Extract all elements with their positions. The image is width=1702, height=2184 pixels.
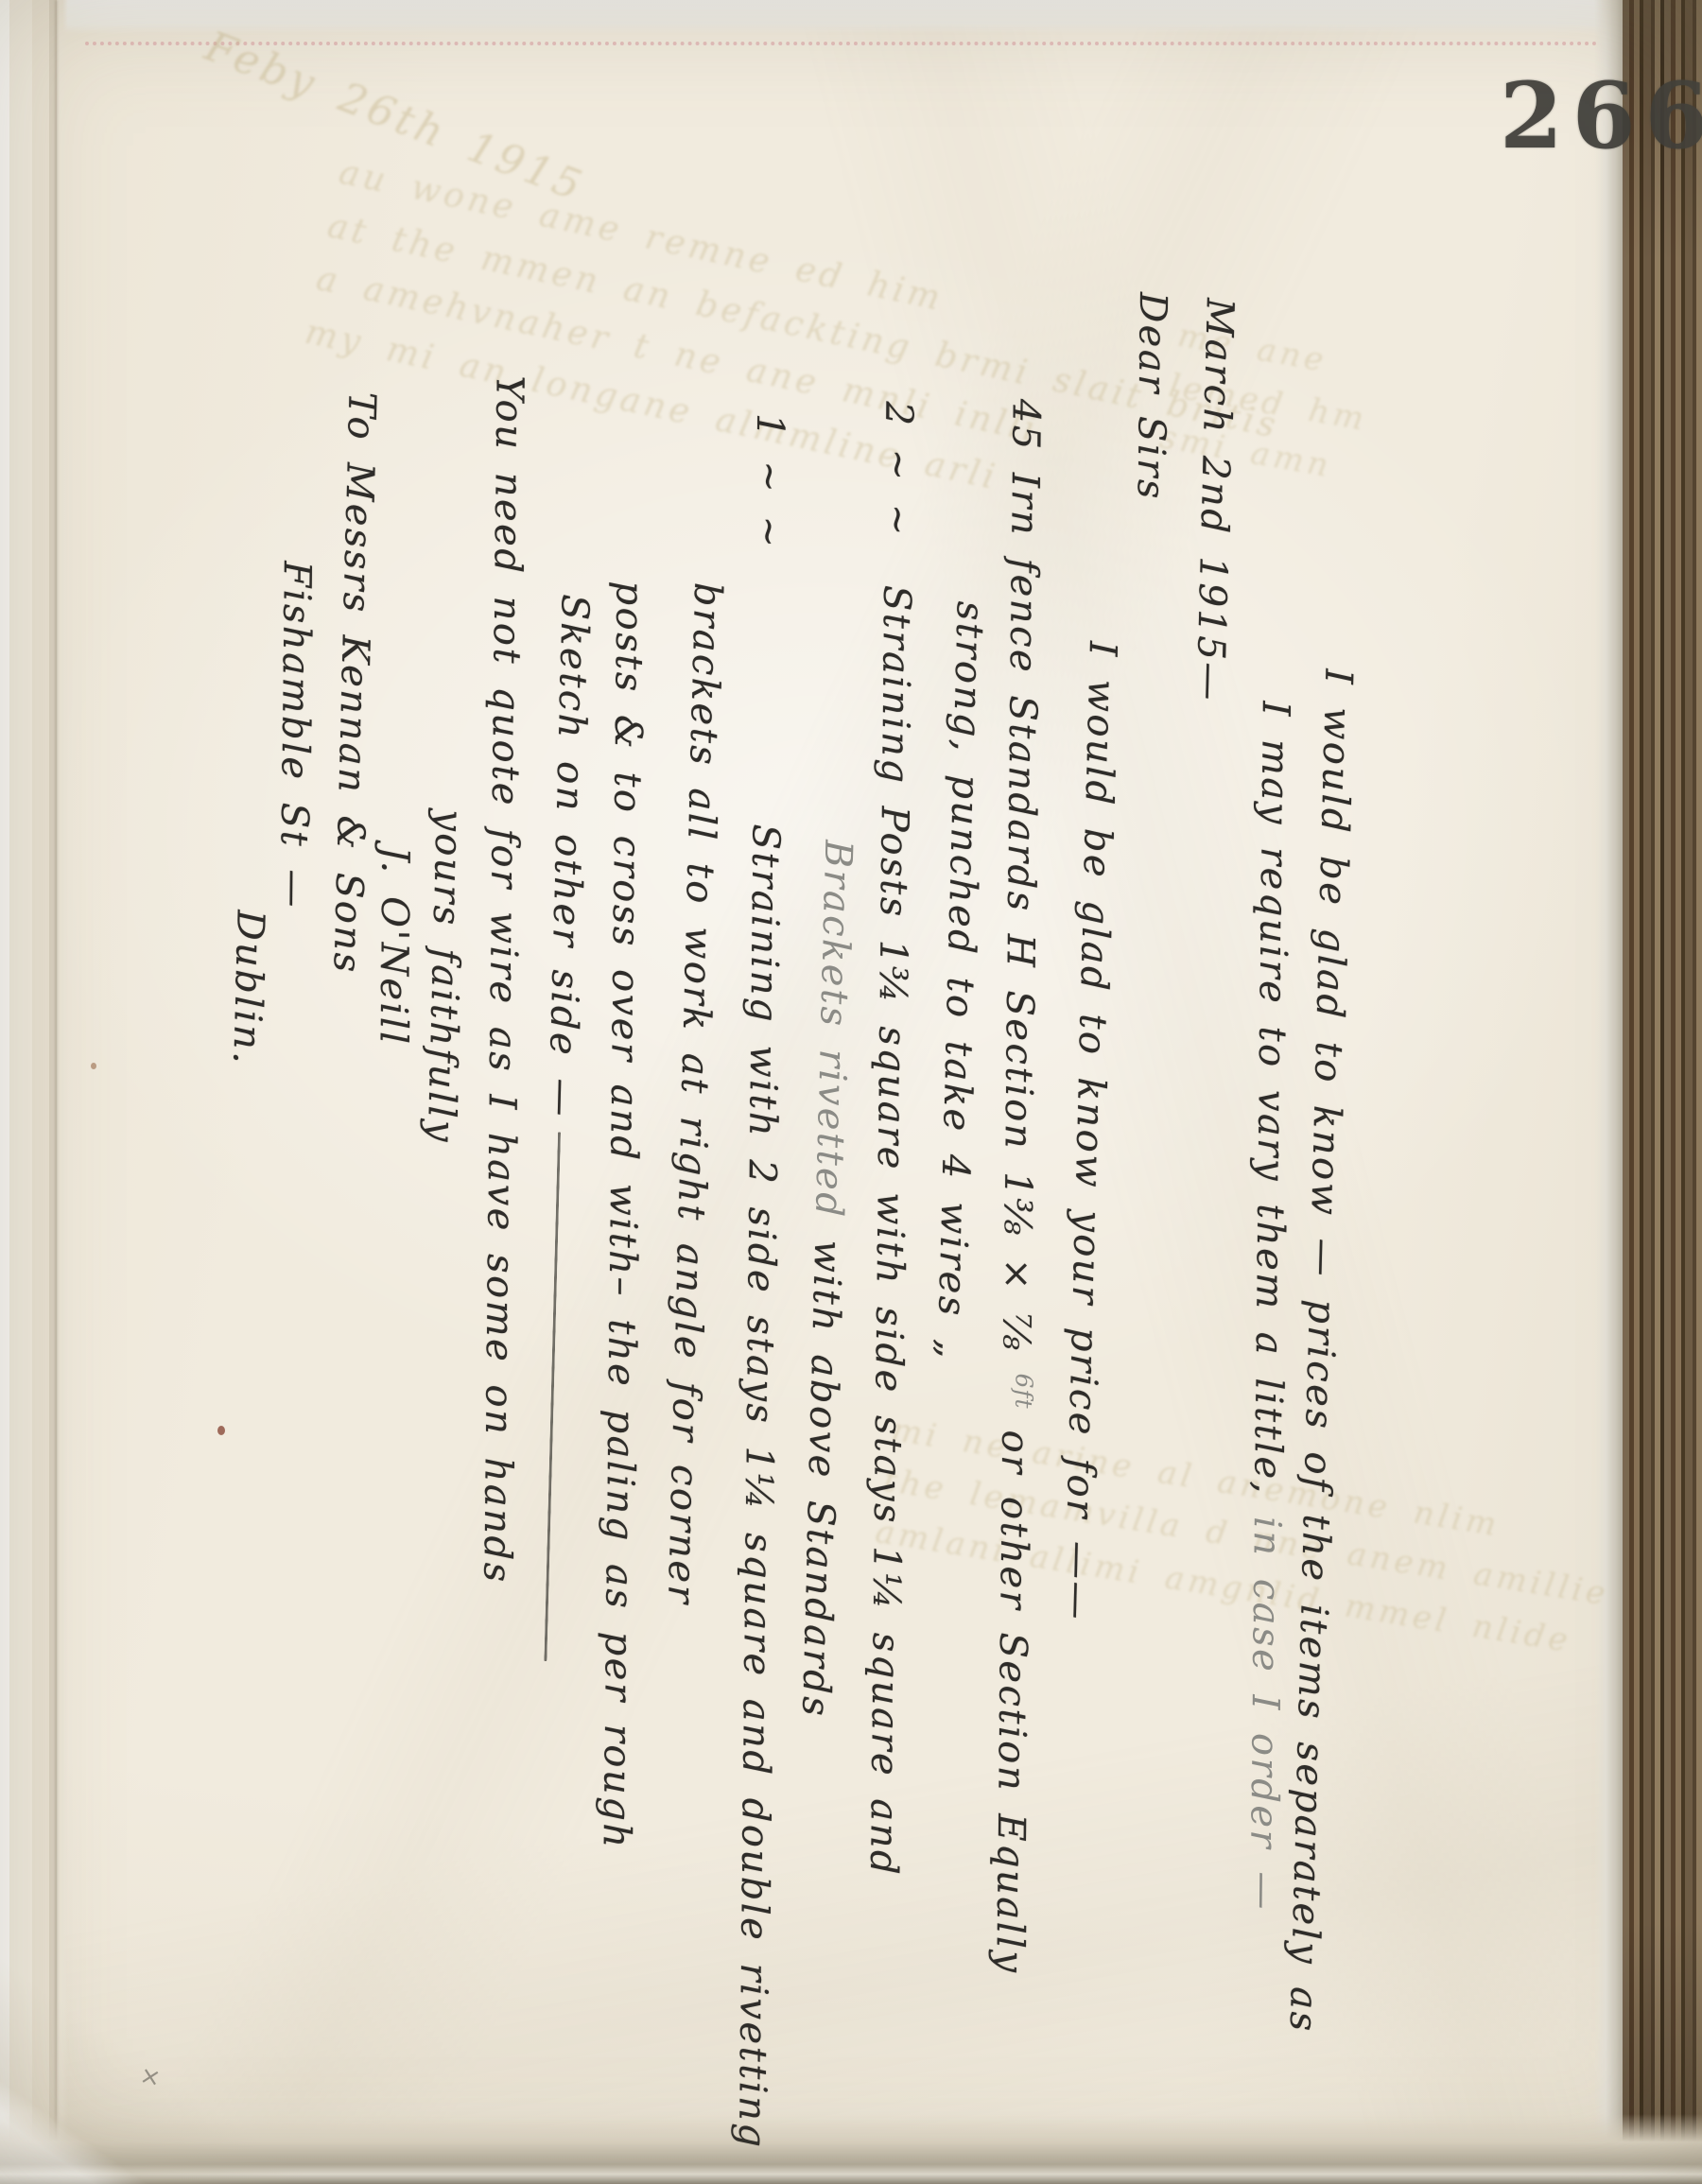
item3-line: 1 ~ ~Straining with 2 side stays 1¼ squa…	[731, 413, 793, 1860]
page-edge-right	[1594, 0, 1623, 2184]
item3-continuation-2: posts & to cross over and with– the pali…	[593, 581, 653, 1857]
item1-continuation: strong, punched to take 4 wires „	[913, 600, 994, 1863]
book-cover-shading	[1623, 0, 1702, 2184]
page-number-stamp: 266	[1500, 62, 1702, 169]
item3-continuation-1: brackets all to work at right angle for …	[651, 581, 731, 1859]
item2-quantity: 2 ~ ~	[876, 401, 921, 538]
ghost-bleedthrough-date: Feby 26th 1915	[199, 23, 591, 212]
scanned-copybook-page: Feby 26th 1915 au wone ame remne ed him …	[0, 0, 1702, 2184]
item2-continuation: Brackets rivetted with above Standards	[788, 840, 861, 1862]
ink-fleck	[217, 1426, 225, 1435]
item2-line: 2 ~ ~Straining Posts 1¾ square with side…	[860, 401, 923, 1862]
item2-continuation-text: with above Standards	[793, 1239, 849, 1719]
pencil-check-mark: ×	[137, 2061, 164, 2093]
previous-page-edge	[0, 0, 68, 2184]
item1-description: Irn fence Standards H Section 1⅜ × ⅞	[994, 473, 1047, 1353]
item3-quantity: 1 ~ ~	[747, 413, 792, 550]
scan-bottom-edge	[0, 2114, 1702, 2184]
spacer	[885, 538, 886, 585]
scan-top-edge	[0, 0, 1702, 34]
margin-note-line-2-text: I may require to vary them a little,	[1245, 701, 1297, 1496]
sketch-reference-text: Sketch on other side —	[540, 594, 598, 1119]
item3-continuation-3: Sketch on other side —	[518, 594, 599, 1857]
item2-continuation-pencil: Brackets rivetted	[807, 840, 860, 1220]
ink-rule	[545, 1132, 562, 1661]
item1-description-cont: or other Section Equally	[987, 1430, 1036, 1974]
pink-stitch-dotted-line	[85, 42, 1598, 45]
spacer	[754, 549, 756, 823]
item1-quantity: 45	[1003, 399, 1048, 452]
item1-interlined-note: 6ft	[1010, 1373, 1037, 1409]
item3-description: Straining with 2 side stays 1¼ square an…	[730, 823, 788, 2149]
handwritten-letter: I would be glad to know — prices of the …	[206, 262, 1363, 1870]
binding-crease	[55, 0, 58, 2184]
item1-line: 45 Irn fence Standards H Section 1⅜ × ⅞ …	[987, 399, 1058, 1865]
paper-fleck	[91, 1063, 96, 1069]
margin-note-line-2-pencil: in case I order —	[1242, 1517, 1289, 1912]
item2-description: Straining Posts 1¾ square with side stay…	[861, 585, 918, 1878]
